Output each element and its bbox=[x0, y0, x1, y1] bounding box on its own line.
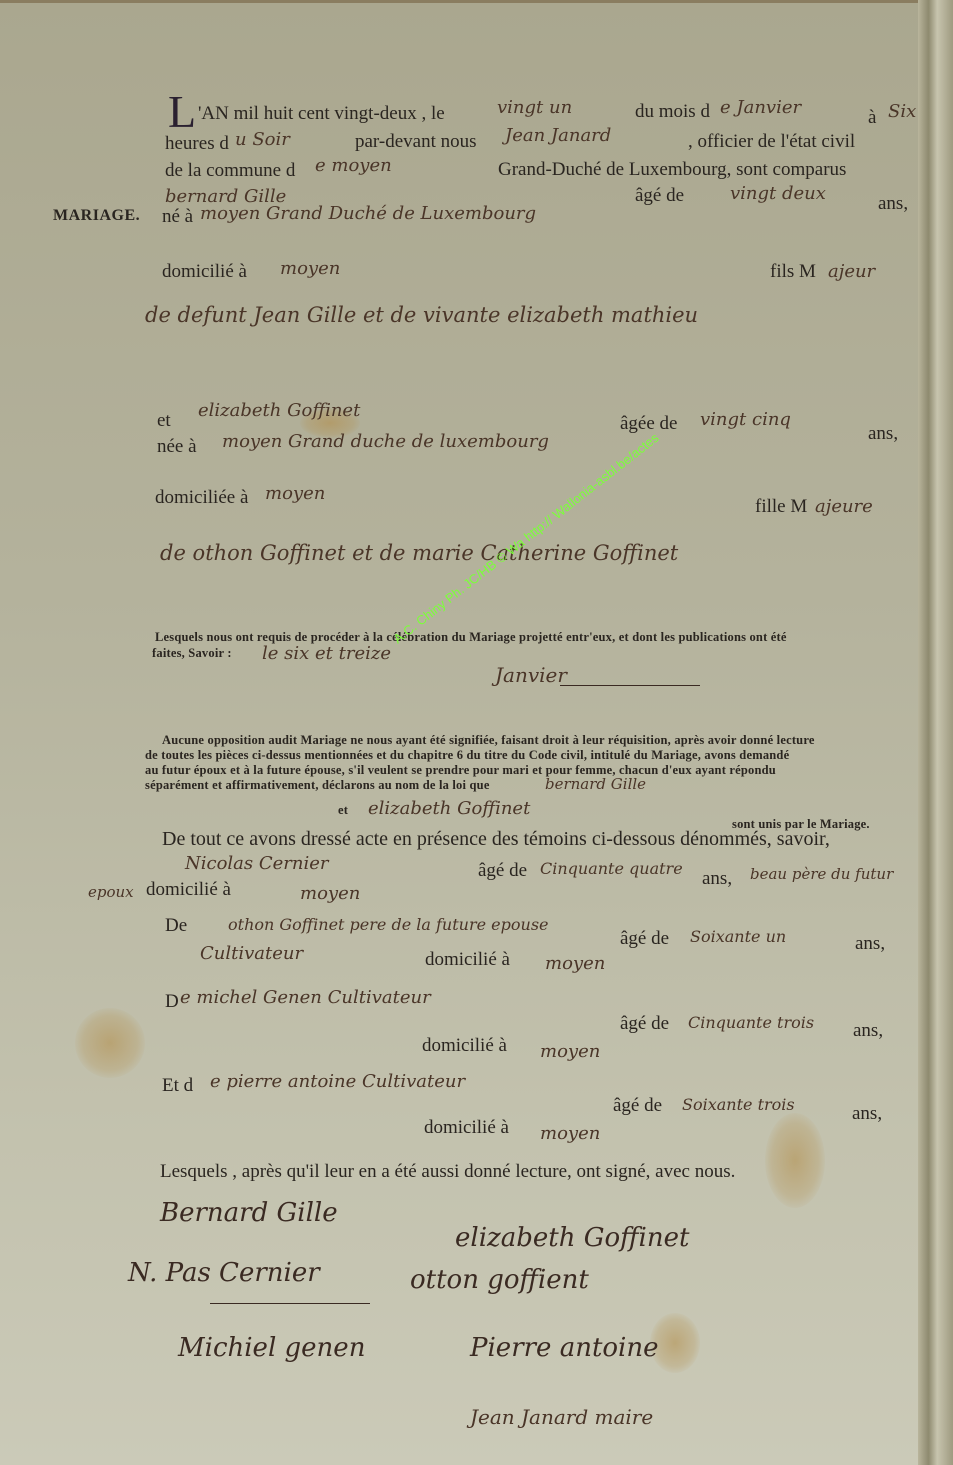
printed-text: de la commune d bbox=[165, 160, 295, 182]
handwritten-time: u Soir bbox=[235, 129, 290, 150]
printed-text: ans, bbox=[855, 933, 885, 955]
handwritten-groom-name: bernard Gille bbox=[545, 775, 646, 793]
printed-text: domiciliée à bbox=[155, 487, 248, 509]
handwritten-month: e Janvier bbox=[720, 97, 801, 118]
signature-groom: Bernard Gille bbox=[160, 1198, 338, 1228]
printed-text: et bbox=[338, 803, 348, 818]
margin-label-mariage: MARIAGE. bbox=[53, 207, 140, 225]
handwritten-publication-month: Janvier bbox=[495, 663, 567, 687]
handwritten-witness4-domicile: moyen bbox=[540, 1123, 600, 1144]
handwritten-witness1-age: Cinquante quatre bbox=[540, 859, 683, 878]
handwritten-hour: Six bbox=[888, 101, 916, 122]
printed-text: ans, bbox=[868, 423, 898, 445]
handwritten-bride-name: elizabeth Goffinet bbox=[368, 798, 530, 819]
printed-text: domicilié à bbox=[422, 1035, 507, 1057]
handwritten-groom-parents: de defunt Jean Gille et de vivante eliza… bbox=[145, 303, 698, 327]
printed-text: ans, bbox=[852, 1103, 882, 1125]
signature-witness-michiel: Michiel genen bbox=[178, 1333, 365, 1363]
handwritten-witness3-name: e michel Genen Cultivateur bbox=[180, 987, 431, 1008]
handwritten-groom-domicile: moyen bbox=[280, 258, 340, 279]
signature-witness-pierre: Pierre antoine bbox=[470, 1333, 659, 1363]
handwritten-groom-birthplace: moyen Grand Duché de Luxembourg bbox=[200, 203, 536, 224]
printed-text: et bbox=[157, 410, 171, 432]
printed-text: , officier de l'état civil bbox=[688, 131, 855, 153]
handwritten-witness2-age: Soixante un bbox=[690, 927, 786, 946]
handwritten-witness2-name: othon Goffinet pere de la future epouse bbox=[228, 915, 549, 934]
handwritten-publication-dates: le six et treize bbox=[262, 643, 391, 664]
water-stain bbox=[765, 1113, 825, 1208]
printed-text: né à bbox=[162, 206, 193, 228]
watermark: A.C. Chiny Ph. JC/HB © Wa http:// Wallon… bbox=[390, 430, 661, 646]
handwritten-bride-name: elizabeth Goffinet bbox=[198, 400, 360, 421]
handwritten-bride-birthplace: moyen Grand duche de luxembourg bbox=[222, 431, 549, 452]
handwritten-bride-status: ajeure bbox=[815, 496, 873, 517]
printed-text: fils M bbox=[770, 261, 816, 283]
signature-flourish bbox=[210, 1303, 370, 1304]
printed-text: séparément et affirmativement, déclarons… bbox=[145, 778, 490, 793]
handwritten-bride-age: vingt cinq bbox=[700, 409, 791, 430]
printed-text: âgé de bbox=[478, 860, 527, 882]
handwritten-bride-parents: de othon Goffinet et de marie Catherine … bbox=[160, 541, 678, 565]
handwritten-witness4-name: e pierre antoine Cultivateur bbox=[210, 1071, 465, 1092]
printed-text: 'AN mil huit cent vingt-deux , le bbox=[198, 103, 445, 125]
printed-text: Et d bbox=[162, 1075, 193, 1097]
printed-text: faites, Savoir : bbox=[152, 646, 232, 661]
handwritten-commune: e moyen bbox=[315, 155, 392, 176]
printed-text: Lesquels , après qu'il leur en a été aus… bbox=[160, 1161, 735, 1183]
printed-text: de toutes les pièces ci-dessus mentionné… bbox=[145, 748, 789, 763]
handwritten-groom-age: vingt deux bbox=[730, 183, 826, 204]
printed-text: De bbox=[165, 915, 187, 937]
handwritten-officer: Jean Janard bbox=[505, 125, 611, 146]
printed-text: Aucune opposition audit Mariage ne nous … bbox=[162, 733, 815, 748]
handwritten-groom-status: ajeur bbox=[828, 261, 875, 282]
handwritten-witness3-age: Cinquante trois bbox=[688, 1013, 814, 1032]
signature-bride: elizabeth Goffinet bbox=[455, 1223, 689, 1253]
printed-text: âgé de bbox=[613, 1095, 662, 1117]
printed-text: domicilié à bbox=[146, 879, 231, 901]
printed-text: âgé de bbox=[635, 185, 684, 207]
printed-text: ans, bbox=[878, 193, 908, 215]
book-spine-edge bbox=[918, 0, 953, 1465]
printed-text: née à bbox=[157, 436, 197, 458]
handwritten-witness2-domicile: moyen bbox=[545, 953, 605, 974]
printed-text: De tout ce avons dressé acte en présence… bbox=[162, 828, 830, 851]
handwritten-witness1-name: Nicolas Cernier bbox=[185, 853, 329, 874]
printed-text: ans, bbox=[853, 1020, 883, 1042]
printed-text: domicilié à bbox=[424, 1117, 509, 1139]
printed-text: fille M bbox=[755, 496, 807, 518]
printed-text: par-devant nous bbox=[355, 131, 477, 153]
printed-text: D bbox=[165, 991, 179, 1013]
printed-text: Grand-Duché de Luxembourg, sont comparus bbox=[498, 159, 846, 181]
printed-text: heures d bbox=[165, 133, 229, 155]
signature-witness-otton: otton goffient bbox=[410, 1265, 589, 1295]
handwritten-bride-domicile: moyen bbox=[265, 483, 325, 504]
signature-witness-cernier: N. Pas Cernier bbox=[128, 1258, 320, 1288]
printed-text: domicilié à bbox=[162, 261, 247, 283]
handwritten-witness1-relation-cont: epoux bbox=[88, 883, 134, 901]
printed-text: âgé de bbox=[620, 1013, 669, 1035]
printed-text: au futur époux et à la future épouse, s'… bbox=[145, 763, 776, 778]
signature-mayor: Jean Janard maire bbox=[470, 1405, 653, 1429]
handwritten-witness3-domicile: moyen bbox=[540, 1041, 600, 1062]
flourish-line bbox=[560, 685, 700, 686]
printed-text: à bbox=[868, 107, 876, 129]
handwritten-witness1-relation: beau père du futur bbox=[750, 865, 893, 883]
printed-text: du mois d bbox=[635, 101, 710, 123]
dropcap-letter: L bbox=[168, 89, 196, 135]
printed-text: domicilié à bbox=[425, 949, 510, 971]
printed-text: âgé de bbox=[620, 928, 669, 950]
handwritten-witness1-domicile: moyen bbox=[300, 883, 360, 904]
register-page: L 'AN mil huit cent vingt-deux , le ving… bbox=[0, 0, 935, 1465]
handwritten-witness4-age: Soixante trois bbox=[682, 1095, 795, 1114]
water-stain bbox=[75, 1008, 145, 1078]
handwritten-day: vingt un bbox=[497, 97, 572, 118]
printed-text: ans, bbox=[702, 868, 732, 890]
handwritten-witness2-occupation: Cultivateur bbox=[200, 943, 303, 964]
printed-text: Lesquels nous ont requis de procéder à l… bbox=[155, 630, 787, 645]
